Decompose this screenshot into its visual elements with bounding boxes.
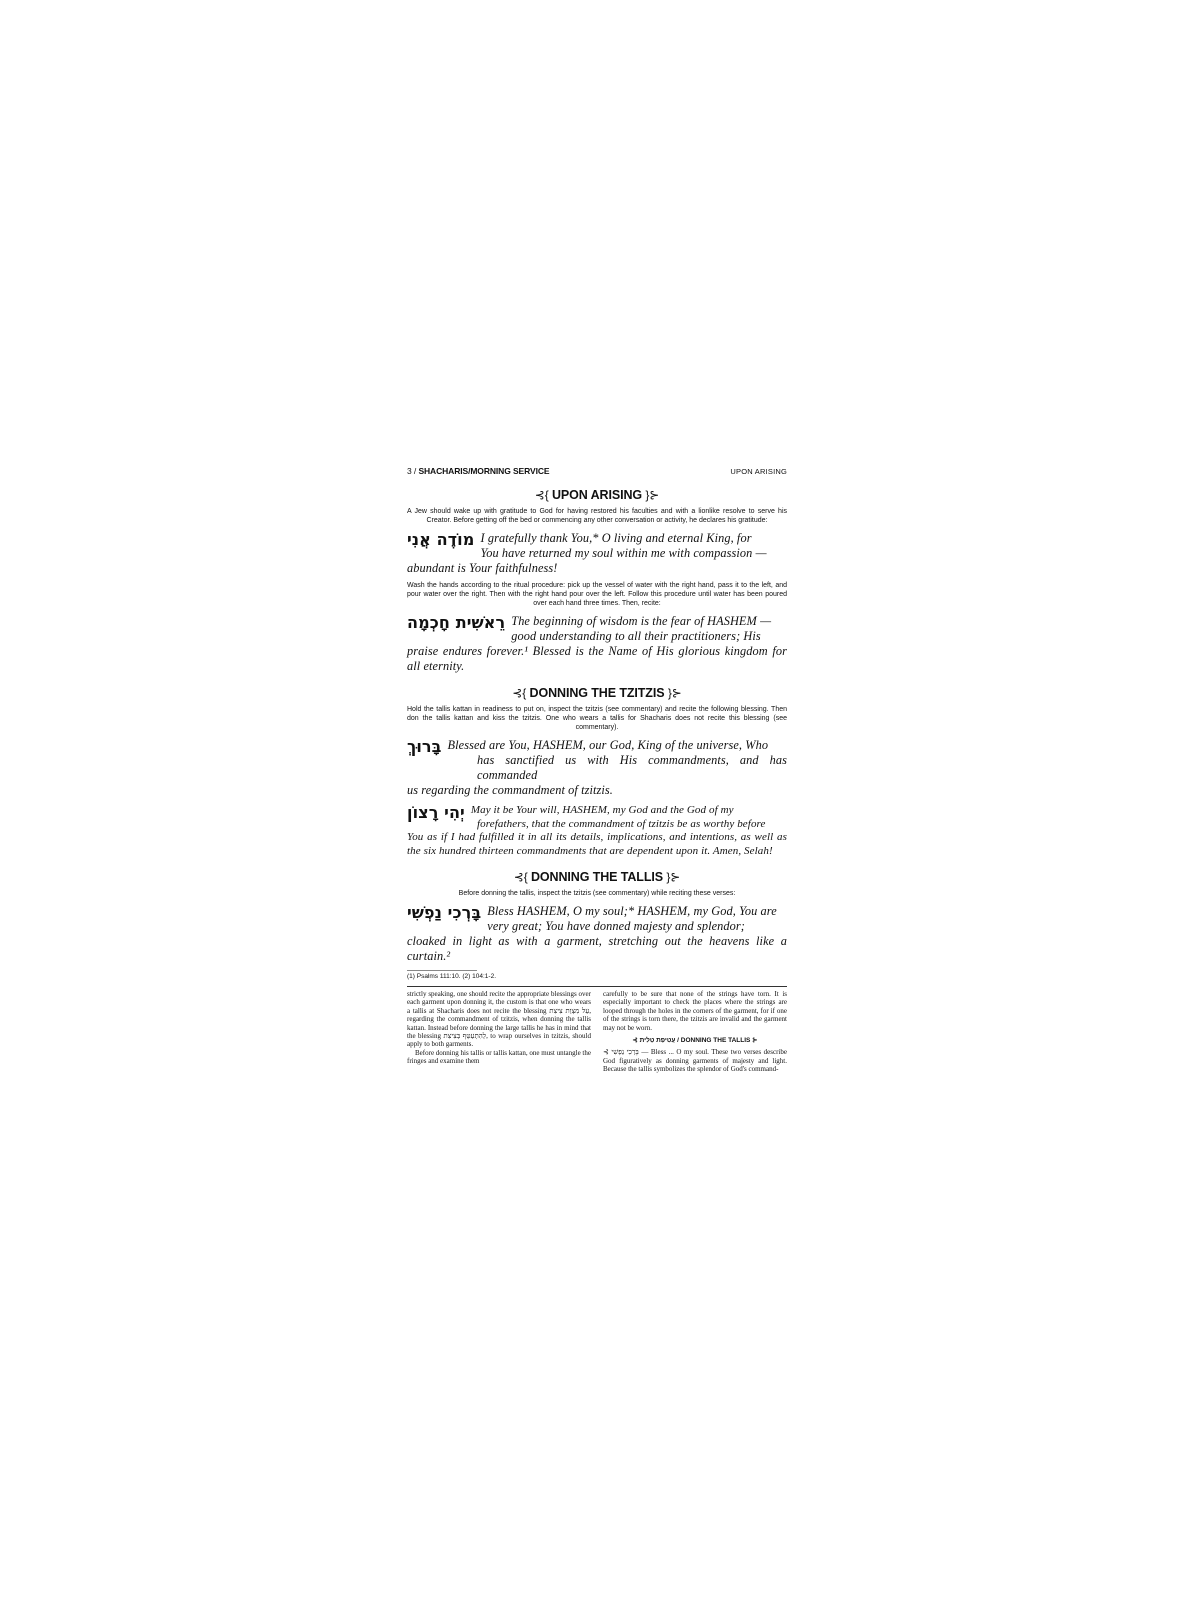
- footnotes: (1) Psalms 111:10. (2) 104:1-2.: [407, 973, 787, 980]
- hebrew-incipit: בָּרְכִי נַפְשִׁי: [407, 904, 481, 922]
- hebrew-incipit: בָּרוּךְ: [407, 738, 442, 756]
- commentary-paragraph: Before donning his tallis or tallis katt…: [407, 1049, 591, 1066]
- prayer-yehi-ratzon: יְהִי רָצוֹן May it be Your will, HASHEM…: [407, 804, 787, 858]
- book-section-title: SHACHARIS/MORNING SERVICE: [418, 466, 549, 476]
- prayer-barchi-nafshi: בָּרְכִי נַפְשִׁי Bless HASHEM, O my sou…: [407, 904, 787, 964]
- section-title-donning-tallis: ⊰{ DONNING THE TALLIS }⊱: [407, 870, 787, 884]
- commentary-divider: [407, 986, 787, 987]
- instruction-text: Before donning the tallis, inspect the t…: [407, 889, 787, 898]
- section-title-donning-tzitzis: ⊰{ DONNING THE TZITZIS }⊱: [407, 686, 787, 700]
- commentary-paragraph: ⊰ בָּרְכִי נַפְשִׁי — Bless ... O my sou…: [603, 1048, 787, 1073]
- ornament-left-icon: ⊰{: [512, 686, 526, 700]
- instruction-text: Hold the tallis kattan in readiness to p…: [407, 705, 787, 732]
- commentary-paragraph: strictly speaking, one should recite the…: [407, 990, 591, 1049]
- commentary-paragraph: carefully to be sure that none of the st…: [603, 990, 787, 1032]
- commentary-left-column: strictly speaking, one should recite the…: [407, 990, 591, 1074]
- ornament-left-icon: ⊰{: [535, 488, 549, 502]
- prayer-modeh-ani: מוֹדֶה אֲנִי I gratefully thank You,* O …: [407, 531, 787, 576]
- hebrew-incipit: מוֹדֶה אֲנִי: [407, 531, 474, 549]
- commentary: strictly speaking, one should recite the…: [407, 990, 787, 1074]
- hebrew-incipit: רֵאשִׁית חָכְמָה: [407, 614, 505, 632]
- ornament-left-icon: ⊰{: [514, 870, 528, 884]
- running-head: 3 / SHACHARIS/MORNING SERVICE UPON ARISI…: [407, 466, 787, 476]
- hebrew-incipit: יְהִי רָצוֹן: [407, 804, 465, 822]
- ornament-right-icon: }⊱: [668, 686, 682, 700]
- instruction-text: A Jew should wake up with gratitude to G…: [407, 507, 787, 525]
- prayer-reishis-chochmah: רֵאשִׁית חָכְמָה The beginning of wisdom…: [407, 614, 787, 674]
- ornament-right-icon: }⊱: [666, 870, 680, 884]
- running-head-left: 3 / SHACHARIS/MORNING SERVICE: [407, 466, 549, 476]
- prayer-book-page: 3 / SHACHARIS/MORNING SERVICE UPON ARISI…: [407, 466, 787, 1074]
- commentary-heading: ⊰ עֲטִיפַת טַלִּית / DONNING THE TALLIS …: [603, 1037, 787, 1045]
- commentary-right-column: carefully to be sure that none of the st…: [603, 990, 787, 1074]
- running-head-right: UPON ARISING: [730, 467, 787, 476]
- section-title-upon-arising: ⊰{ UPON ARISING }⊱: [407, 488, 787, 502]
- instruction-text: Wash the hands according to the ritual p…: [407, 581, 787, 608]
- ornament-right-icon: }⊱: [645, 488, 659, 502]
- prayer-baruch: בָּרוּךְ Blessed are You, HASHEM, our Go…: [407, 738, 787, 798]
- footnote-divider: [407, 970, 477, 971]
